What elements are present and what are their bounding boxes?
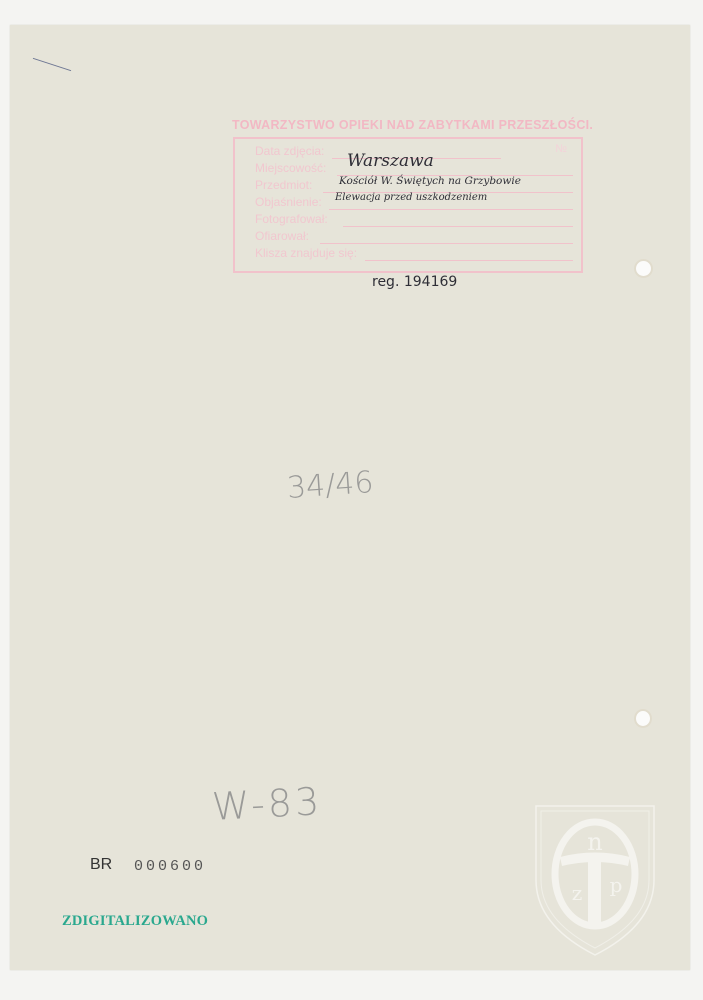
- pencil-number: 34/46: [286, 465, 375, 506]
- stamp-box: № Data zdjęcia: Miejscowość: Warszawa Pr…: [233, 137, 583, 273]
- field-label: Data zdjęcia:: [255, 144, 324, 158]
- field-description: Objaśnienie: Elewacja przed uszkodzeniem: [235, 195, 581, 212]
- registration-number: reg. 194169: [372, 274, 457, 290]
- field-label: Przedmiot:: [255, 178, 312, 192]
- field-negative-location: Klisza znajduje się:: [235, 246, 581, 263]
- svg-text:p: p: [610, 873, 623, 897]
- svg-text:z: z: [572, 881, 583, 905]
- field-label: Objaśnienie:: [255, 195, 322, 209]
- digitized-stamp: ZDIGITALIZOWANO: [62, 913, 208, 930]
- field-label: Ofiarował:: [255, 229, 309, 243]
- watermark-shield-icon: n z p: [532, 800, 658, 958]
- field-photographer: Fotografował:: [235, 212, 581, 229]
- pencil-code: W-83: [211, 779, 323, 829]
- field-value: Kościół W. Świętych na Grzybowie: [339, 175, 521, 187]
- punch-hole-top: [636, 261, 651, 276]
- collection-number: 000600: [134, 858, 206, 875]
- punch-hole-bottom: [636, 711, 650, 726]
- svg-text:n: n: [587, 828, 602, 856]
- field-label: Miejscowość:: [255, 161, 326, 175]
- field-value: Warszawa: [347, 151, 434, 171]
- field-value: Elewacja przed uszkodzeniem: [335, 192, 487, 203]
- field-label: Fotografował:: [255, 212, 328, 226]
- collection-prefix: BR: [90, 856, 112, 874]
- field-label: Klisza znajduje się:: [255, 246, 357, 260]
- stamp-title: TOWARZYSTWO OPIEKI NAD ZABYTKAMI PRZESZŁ…: [232, 118, 593, 132]
- field-donor: Ofiarował:: [235, 229, 581, 246]
